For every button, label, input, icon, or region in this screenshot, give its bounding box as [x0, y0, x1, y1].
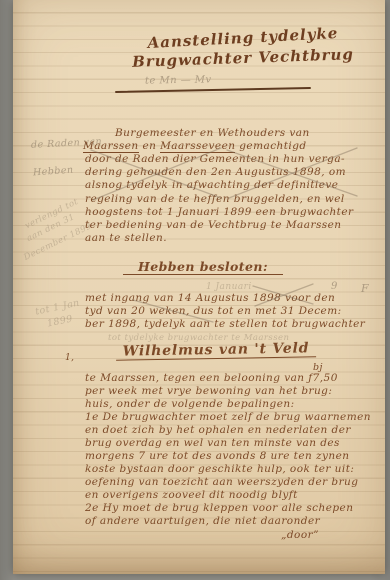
para3-line: huis, onder de volgende bepalingen:: [85, 398, 295, 411]
underlined-maarsseveen: Maarsseveen: [160, 140, 235, 153]
manuscript-page: Aanstelling tydelyke Brugwachter Vechtbr…: [13, 0, 385, 574]
para3-line: en doet zich by het ophalen en nederlate…: [85, 424, 351, 437]
photo-backing: Aanstelling tydelyke Brugwachter Vechtbr…: [0, 0, 390, 580]
pencil-f-mark: F: [361, 282, 369, 295]
underlined-maarssen: Maarssen: [83, 140, 139, 153]
para2-line: ber 1898, tydelyk aan te stellen tot bru…: [85, 318, 365, 331]
para3-line: 2e Hy moet de brug kleppen voor alle sch…: [85, 502, 353, 515]
para1-line: ter bediening van de Vechtbrug te Maarss…: [85, 219, 342, 232]
para3-line: koste bystaan door geschikte hulp, ook t…: [85, 463, 354, 476]
para1-line: door de Raden dier Gemeenten in hun verg…: [85, 153, 345, 166]
para3-line: en overigens zooveel dit noodig blyft: [85, 489, 298, 502]
para1-line: hoogstens tot 1 Januari 1899 een brugwac…: [85, 206, 353, 219]
para1-tail-text: gemachtigd: [235, 140, 306, 152]
margin-tick-mark: 1,: [65, 352, 75, 365]
appointee-name-heading: Wilhelmus van 't Veld: [116, 342, 316, 360]
para1-line: aan te stellen.: [85, 232, 167, 245]
para1-line: dering gehouden den 2en Augustus 1898, o…: [85, 166, 346, 179]
para1-line-underlined: Maarssen en Maarsseveen gemachtigd: [83, 140, 307, 153]
para1-line: alsnog tydelyk in afwachting der definit…: [85, 179, 338, 192]
para3-line: 1e De brugwachter moet zelf de brug waar…: [85, 411, 371, 424]
para3-line: oefening van toezicht aan weerszyden der…: [85, 476, 358, 489]
margin-note-hebben: Hebben: [33, 164, 74, 180]
para2-line: tyd van 20 weken, dus tot en met 31 Dece…: [85, 305, 342, 318]
para1-line: regeling van de te heffen bruggelden, en…: [85, 193, 345, 206]
para3-line: brug overdag en wel van ten minste van d…: [85, 437, 340, 450]
decision-heading: Hebben besloten:: [123, 260, 283, 275]
para3-line: te Maarssen, tegen een belooning van ƒ7,…: [85, 372, 338, 385]
para1-mid-text: en: [139, 140, 160, 152]
title-underline-rule: [115, 87, 311, 93]
para1-line: Burgemeester en Wethouders van: [115, 127, 310, 140]
title-pencil-note: te Mn — Mv: [145, 73, 212, 87]
catchword: „door”: [281, 529, 319, 542]
para3-line: of andere vaartuigen, die niet daaronder: [85, 515, 320, 528]
para2-line: met ingang van 14 Augustus 1898 voor den: [85, 292, 335, 305]
para3-line: morgens 7 ure tot des avonds 8 ure ten z…: [85, 450, 349, 463]
para3-line: per week met vrye bewoning van het brug:: [85, 385, 332, 398]
